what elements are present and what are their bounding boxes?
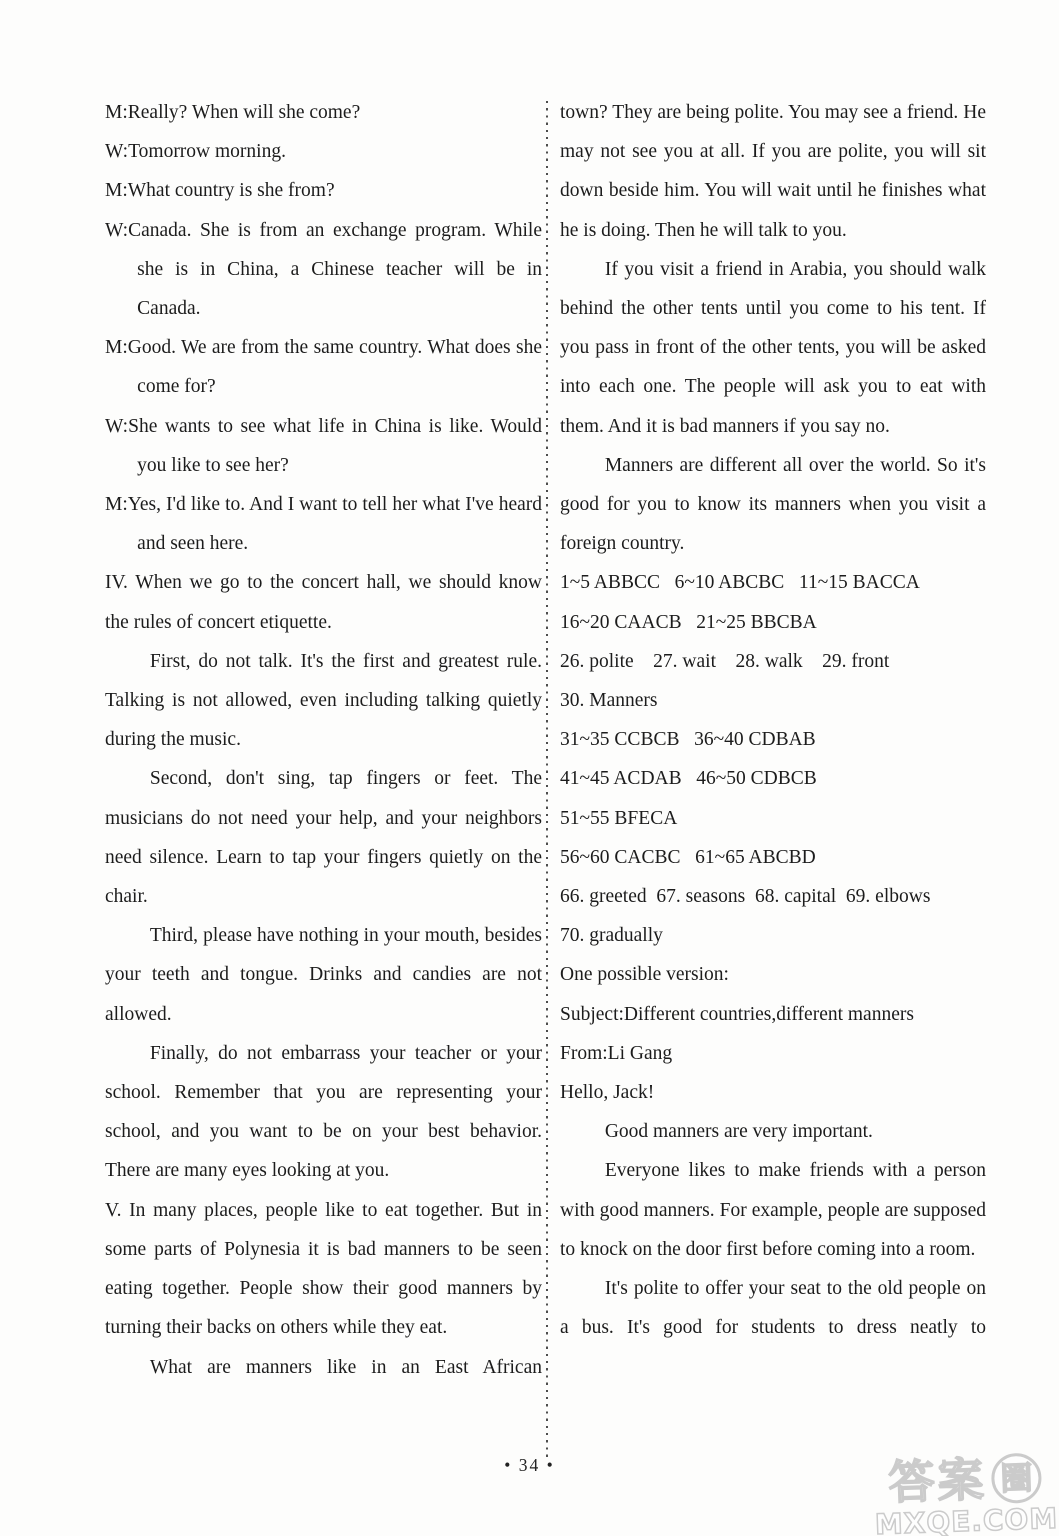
scanned-book-page: M:Really? When will she come? W:Tomorrow… bbox=[0, 0, 1059, 1536]
answer-line: 41~45 ACDAB 46~50 CDBCB bbox=[560, 759, 986, 798]
answer-line: One possible version: bbox=[560, 955, 986, 994]
dialogue-line: M:Yes, I'd like to. And I want to tell h… bbox=[105, 485, 542, 563]
body-paragraph: Third, please have nothing in your mouth… bbox=[105, 916, 542, 1034]
left-text-column: M:Really? When will she come? W:Tomorrow… bbox=[105, 93, 542, 1387]
answer-line: 30. Manners bbox=[560, 681, 986, 720]
body-paragraph: It's polite to offer your seat to the ol… bbox=[560, 1269, 986, 1347]
dialogue-line: W:Tomorrow morning. bbox=[105, 132, 542, 171]
answer-line: 56~60 CACBC 61~65 ABCBD bbox=[560, 838, 986, 877]
dialogue-line: M:What country is she from? bbox=[105, 171, 542, 210]
answer-line: From:Li Gang bbox=[560, 1034, 986, 1073]
body-paragraph: Second, don't sing, tap fingers or feet.… bbox=[105, 759, 542, 916]
section-paragraph: V. In many places, people like to eat to… bbox=[105, 1191, 542, 1348]
answer-line: 70. gradually bbox=[560, 916, 986, 955]
dialogue-line: M:Good. We are from the same country. Wh… bbox=[105, 328, 542, 406]
body-paragraph: Good manners are very important. bbox=[560, 1112, 986, 1151]
answer-line: 26. polite 27. wait 28. walk 29. front bbox=[560, 642, 986, 681]
watermark-logo: 答案 圈 MXQE.COM bbox=[872, 1452, 1058, 1536]
right-text-column: town? They are being polite. You may see… bbox=[560, 93, 986, 1348]
body-paragraph: First, do not talk. It's the first and g… bbox=[105, 642, 542, 760]
answer-line: Hello, Jack! bbox=[560, 1073, 986, 1112]
watermark-brand-text: 答案 bbox=[888, 1456, 988, 1505]
answer-line: 51~55 BFECA bbox=[560, 799, 986, 838]
watermark-brand-row: 答案 圈 bbox=[872, 1452, 1057, 1508]
answer-line: 66. greeted 67. seasons 68. capital 69. … bbox=[560, 877, 986, 916]
dialogue-line: W:Canada. She is from an exchange progra… bbox=[105, 211, 542, 329]
body-paragraph: What are manners like in an East African bbox=[105, 1348, 542, 1387]
column-divider bbox=[546, 101, 548, 1461]
body-paragraph: town? They are being polite. You may see… bbox=[560, 93, 986, 250]
dialogue-line: M:Really? When will she come? bbox=[105, 93, 542, 132]
watermark-circle-char: 圈 bbox=[1000, 1462, 1033, 1495]
answer-line: 1~5 ABBCC 6~10 ABCBC 11~15 BACCA bbox=[560, 563, 986, 602]
body-paragraph: If you visit a friend in Arabia, you sho… bbox=[560, 250, 986, 446]
section-paragraph: IV. When we go to the concert hall, we s… bbox=[105, 563, 542, 641]
body-paragraph: Manners are different all over the world… bbox=[560, 446, 986, 564]
answer-line: 31~35 CCBCB 36~40 CDBAB bbox=[560, 720, 986, 759]
watermark-circle-badge: 圈 bbox=[990, 1452, 1042, 1504]
answer-line: 16~20 CAACB 21~25 BBCBA bbox=[560, 603, 986, 642]
answer-line: Subject:Different countries,different ma… bbox=[560, 995, 986, 1034]
dialogue-line: W:She wants to see what life in China is… bbox=[105, 407, 542, 485]
body-paragraph: Finally, do not embarrass your teacher o… bbox=[105, 1034, 542, 1191]
body-paragraph: Everyone likes to make friends with a pe… bbox=[560, 1151, 986, 1269]
watermark-site-text: MXQE.COM bbox=[874, 1505, 1058, 1536]
